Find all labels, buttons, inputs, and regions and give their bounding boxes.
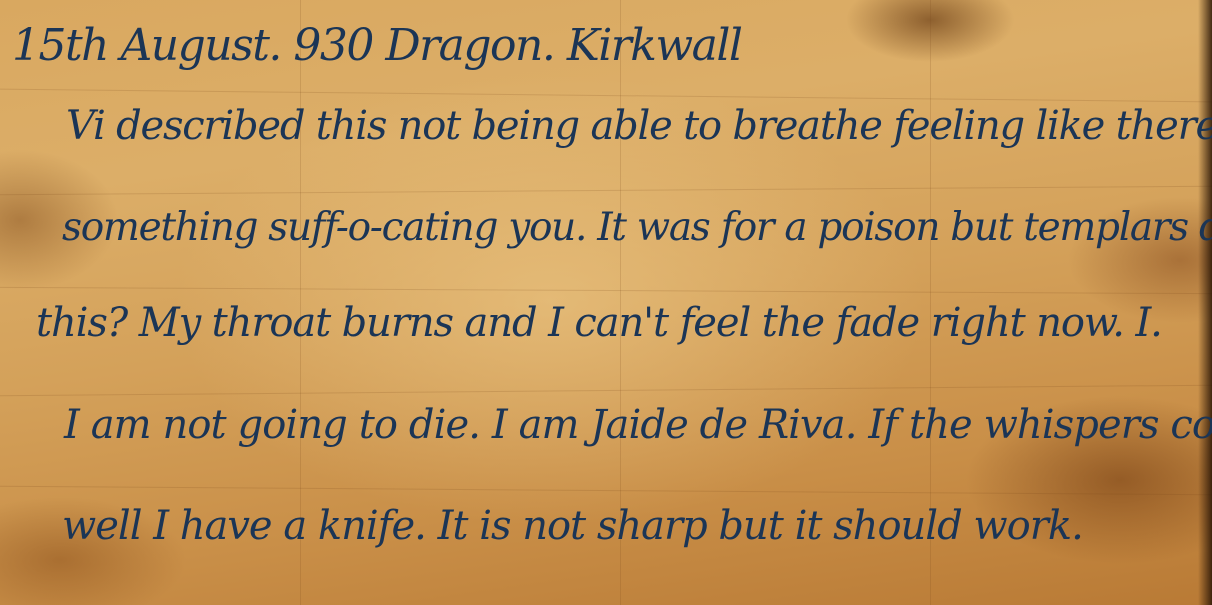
journal-line: this? My throat burns and I can't feel t…: [36, 300, 1162, 346]
journal-line: Vi described this not being able to brea…: [66, 103, 1212, 149]
journal-line: something suff-o-cating you. It was for …: [62, 205, 1212, 250]
journal-text: 15th August. 930 Dragon. Kirkwall Vi des…: [0, 0, 1212, 605]
parchment-page: 15th August. 930 Dragon. Kirkwall Vi des…: [0, 0, 1212, 605]
journal-date-header: 15th August. 930 Dragon. Kirkwall: [12, 20, 742, 71]
journal-line: well I have a knife. It is not sharp but…: [62, 503, 1083, 549]
journal-line: I am not going to die. I am Jaide de Riv…: [64, 402, 1212, 448]
